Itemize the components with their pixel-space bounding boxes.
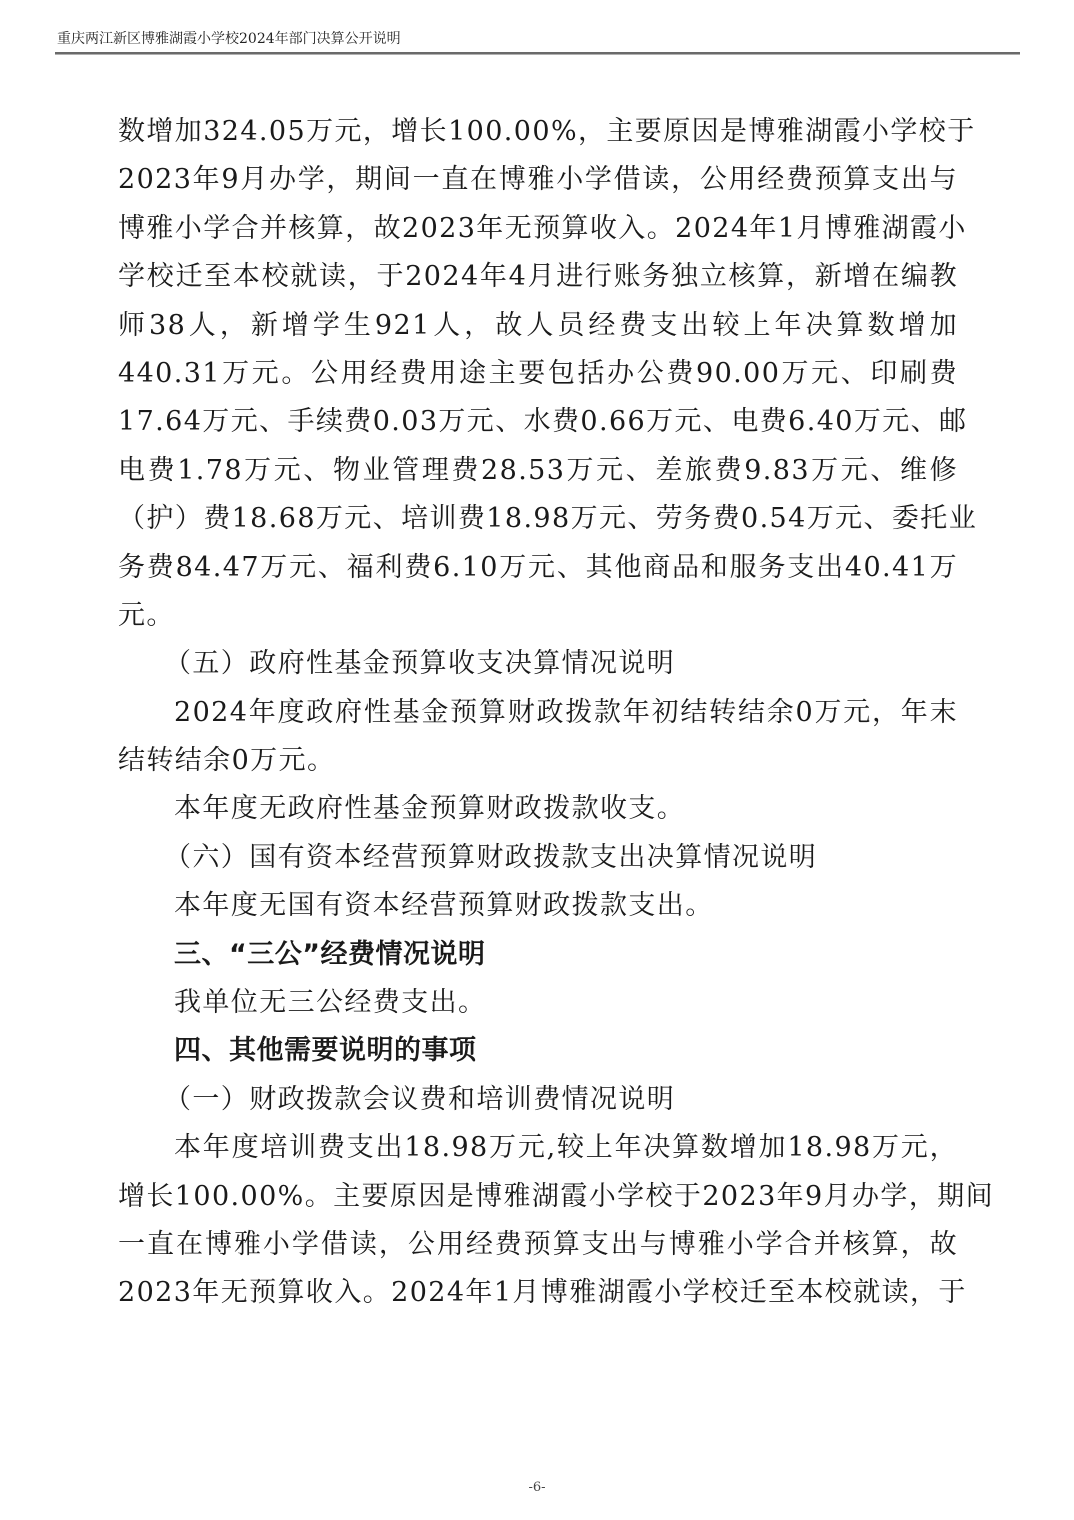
paragraph-line: 结转结余0万元。: [118, 737, 958, 785]
paragraph-line: 17.64万元、手续费0.03万元、水费0.66万元、电费6.40万元、邮: [118, 398, 958, 446]
paragraph-line: 440.31万元。公用经费用途主要包括办公费90.00万元、印刷费: [118, 350, 958, 398]
paragraph-line: 学校迁至本校就读，于2024年4月进行账务独立核算，新增在编教: [118, 253, 958, 301]
paragraph-line: 2023年9月办学，期间一直在博雅小学借读，公用经费预算支出与: [118, 156, 958, 204]
section-subheading-one: （一）财政拨款会议费和培训费情况说明: [118, 1076, 958, 1124]
paragraph-line: 元。: [118, 592, 958, 640]
paragraph-line: 博雅小学合并核算，故2023年无预算收入。2024年1月博雅湖霞小: [118, 205, 958, 253]
paragraph-line: 本年度培训费支出18.98万元,较上年决算数增加18.98万元，: [118, 1124, 958, 1172]
paragraph-line: 数增加324.05万元，增长100.00%，主要原因是博雅湖霞小学校于: [118, 108, 958, 156]
paragraph-line: 增长100.00%。主要原因是博雅湖霞小学校于2023年9月办学，期间: [118, 1173, 958, 1221]
paragraph-line: 2024年度政府性基金预算财政拨款年初结转结余0万元，年末: [118, 689, 958, 737]
paragraph-line: 一直在博雅小学借读，公用经费预算支出与博雅小学合并核算，故: [118, 1221, 958, 1269]
page-header: 重庆两江新区博雅湖霞小学校2024年部门决算公开说明: [55, 30, 1020, 55]
header-divider: [55, 52, 1020, 55]
section-subheading-six: （六）国有资本经营预算财政拨款支出决算情况说明: [118, 834, 958, 882]
section-heading-three: 三、“三公”经费情况说明: [118, 931, 958, 979]
document-body: 数增加324.05万元，增长100.00%，主要原因是博雅湖霞小学校于 2023…: [118, 108, 958, 1318]
paragraph-line: （护）费18.68万元、培训费18.98万元、劳务费0.54万元、委托业: [118, 495, 958, 543]
document-title: 重庆两江新区博雅湖霞小学校2024年部门决算公开说明: [55, 30, 1020, 48]
paragraph-line: 本年度无政府性基金预算财政拨款收支。: [118, 785, 958, 833]
section-subheading-five: （五）政府性基金预算收支决算情况说明: [118, 640, 958, 688]
paragraph-line: 本年度无国有资本经营预算财政拨款支出。: [118, 882, 958, 930]
paragraph-line: 2023年无预算收入。2024年1月博雅湖霞小学校迁至本校就读，于: [118, 1269, 958, 1317]
page-number: -6-: [0, 1480, 1074, 1495]
paragraph-line: 电费1.78万元、物业管理费28.53万元、差旅费9.83万元、维修: [118, 447, 958, 495]
paragraph-line: 师38人，新增学生921人，故人员经费支出较上年决算数增加: [118, 302, 958, 350]
paragraph-line: 我单位无三公经费支出。: [118, 979, 958, 1027]
section-heading-four: 四、其他需要说明的事项: [118, 1027, 958, 1075]
paragraph-line: 务费84.47万元、福利费6.10万元、其他商品和服务支出40.41万: [118, 544, 958, 592]
